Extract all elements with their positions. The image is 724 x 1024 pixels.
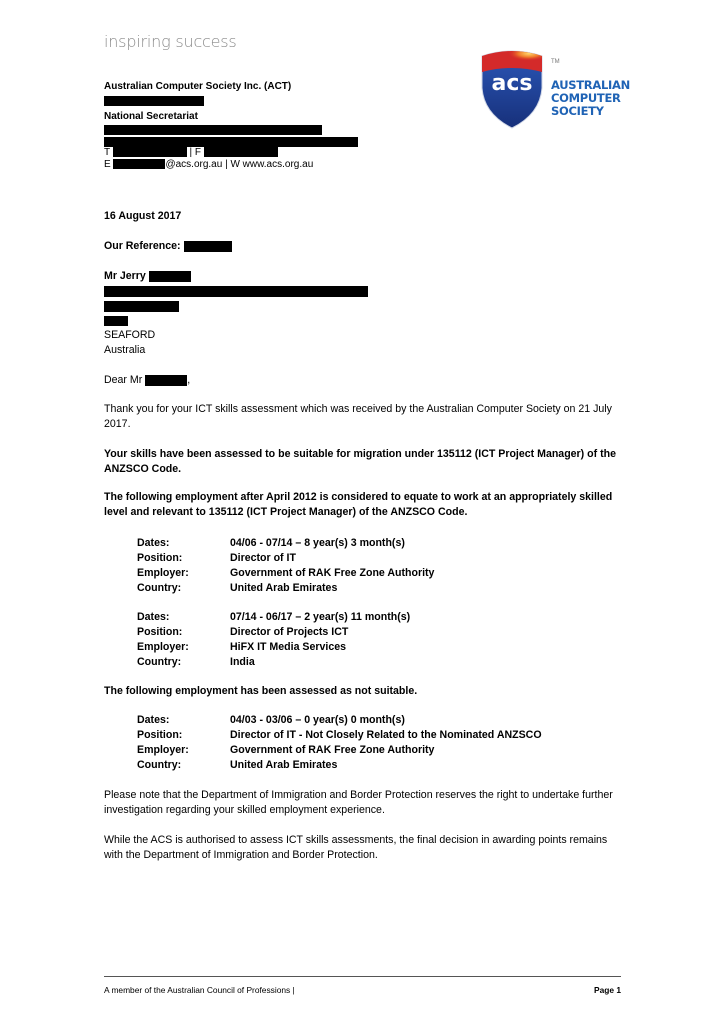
logo-wordmark: AUSTRALIAN COMPUTER SOCIETY [551,79,630,118]
label-country: Country: [137,758,181,773]
value-position: Director of IT - Not Closely Related to … [230,728,542,743]
contact-phone-line: T | F [104,147,278,159]
svg-text:acs: acs [492,71,533,96]
label-country: Country: [137,655,181,670]
reference-label: Our Reference: [104,240,181,252]
footer-membership: A member of the Australian Council of Pr… [104,985,295,995]
redacted-salutation-name [145,375,187,386]
value-country: United Arab Emirates [230,581,337,596]
label-position: Position: [137,625,182,640]
redacted-postal [104,137,358,147]
label-dates: Dates: [137,536,169,551]
value-dates: 04/03 - 03/06 – 0 year(s) 0 month(s) [230,713,405,728]
page-number: Page 1 [594,985,621,995]
redacted-street [104,125,322,135]
label-position: Position: [137,551,182,566]
recipient-city: SEAFORD [104,328,624,343]
suitable-heading: The following employment after April 201… [104,490,624,520]
label-position: Position: [137,728,182,743]
label-employer: Employer: [137,566,189,581]
trademark: TM [551,59,560,65]
redacted-phone [113,147,187,157]
contact-email-line: E @acs.org.au | W www.acs.org.au [104,159,313,171]
org-name: Australian Computer Society Inc. (ACT) [104,81,291,93]
value-position: Director of IT [230,551,296,566]
salutation-comma: , [187,374,190,386]
value-country: India [230,655,255,670]
value-employer: HiFX IT Media Services [230,640,346,655]
redacted-fax [204,147,278,157]
label-employer: Employer: [137,743,189,758]
phone-prefix: T [104,147,110,158]
redacted-reference [184,241,232,252]
recipient-name: Mr Jerry [104,270,146,282]
logo-line: SOCIETY [551,105,630,118]
label-dates: Dates: [137,610,169,625]
tagline: inspiring success [104,32,237,51]
redacted-recipient-postcode [104,316,128,326]
recipient-name-line: Mr Jerry [104,269,624,284]
value-country: United Arab Emirates [230,758,337,773]
redacted-surname [149,271,191,282]
letter-date: 16 August 2017 [104,209,624,224]
outcome-paragraph: Your skills have been assessed to be sui… [104,447,624,477]
salutation-prefix: Dear Mr [104,374,142,386]
acs-logo-shield: acs [478,50,546,130]
email-web: @acs.org.au | W www.acs.org.au [165,159,313,170]
redacted-email-user [113,159,165,169]
redacted-recipient-suburb [104,301,179,312]
label-country: Country: [137,581,181,596]
department: National Secretariat [104,111,198,123]
redacted-recipient-address [104,286,368,297]
fax-separator: | F [190,147,201,158]
value-employer: Government of RAK Free Zone Authority [230,566,434,581]
salutation: Dear Mr , [104,373,624,388]
email-prefix: E [104,159,111,170]
value-position: Director of Projects ICT [230,625,348,640]
value-dates: 07/14 - 06/17 – 2 year(s) 11 month(s) [230,610,410,625]
label-employer: Employer: [137,640,189,655]
redacted-address [104,96,204,106]
recipient-country: Australia [104,343,624,358]
value-dates: 04/06 - 07/14 – 8 year(s) 3 month(s) [230,536,405,551]
unsuitable-heading: The following employment has been assess… [104,684,624,699]
reference-line: Our Reference: [104,239,624,254]
footer-divider [104,976,621,977]
note-paragraph: Please note that the Department of Immig… [104,788,624,818]
closing-paragraph: While the ACS is authorised to assess IC… [104,833,624,863]
intro-paragraph: Thank you for your ICT skills assessment… [104,402,624,432]
value-employer: Government of RAK Free Zone Authority [230,743,434,758]
label-dates: Dates: [137,713,169,728]
